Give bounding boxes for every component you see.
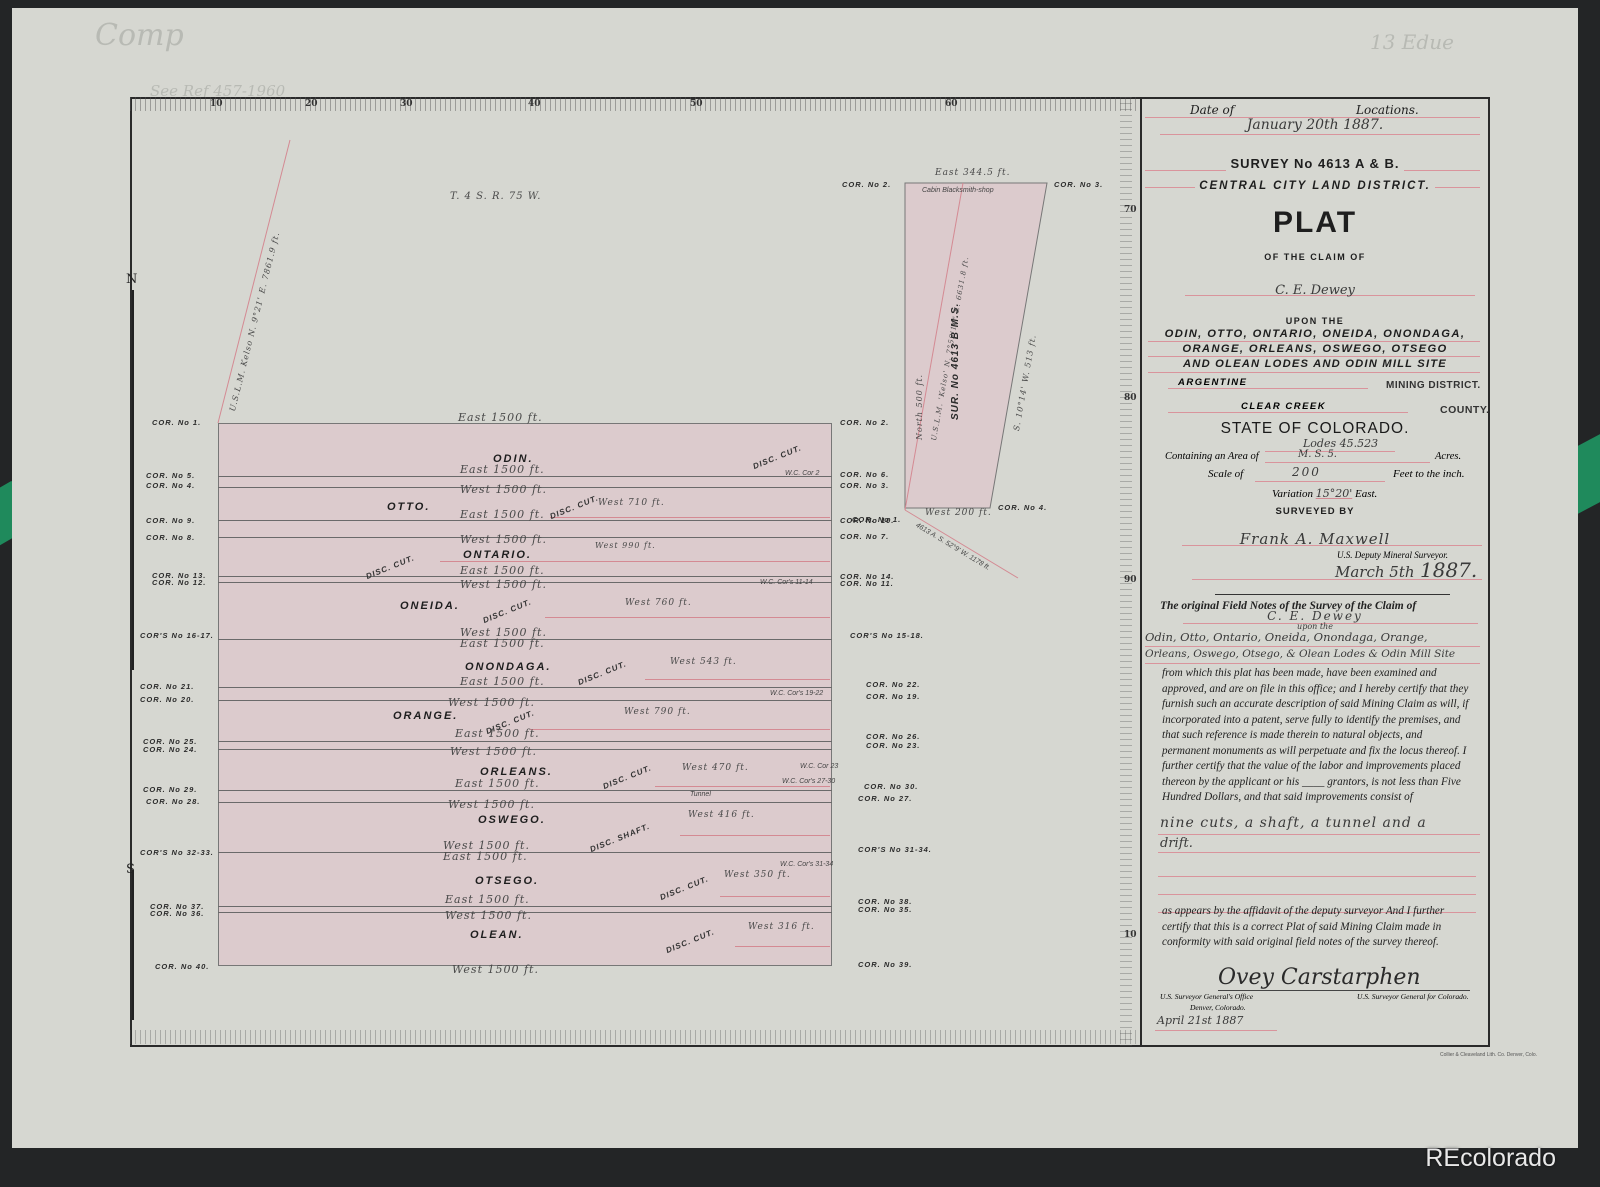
form-rule <box>1168 412 1408 413</box>
office-location: Denver, Colorado. <box>1190 1003 1246 1012</box>
mill-corner-label: COR. No 2. <box>842 180 891 189</box>
boundary-bearing: East 1500 ft. <box>460 564 545 577</box>
boundary-bearing: East 1500 ft. <box>460 508 545 521</box>
date-label: Date of <box>1190 103 1234 117</box>
discovery-line <box>550 517 830 518</box>
mill-bearing-left: North 500 ft. <box>915 374 924 440</box>
form-rule <box>1148 341 1480 342</box>
witness-corner: W.C. Cor 2 <box>785 470 819 477</box>
corner-label: COR. No 1. <box>152 418 201 427</box>
corner-label: COR. No 39. <box>858 960 912 969</box>
witness-corner: W.C. Cor's 19-22 <box>770 690 823 697</box>
corner-label: COR. No 11. <box>840 579 894 588</box>
discovery-line <box>655 786 830 787</box>
boundary-bearing: West 1500 ft. <box>460 533 547 546</box>
discovery-bearing: West 416 ft. <box>688 810 755 820</box>
corner-label: COR. No 8. <box>146 533 195 542</box>
lode-label-onondaga: ONONDAGA. <box>465 661 551 673</box>
lode-label-oswego: OSWEGO. <box>478 814 546 826</box>
claim-boundary <box>218 741 832 742</box>
corner-label: COR. No 35. <box>858 905 912 914</box>
discovery-bearing: West 760 ft. <box>625 598 692 608</box>
plat-title: PLAT <box>1145 206 1485 240</box>
scale-unit: Feet to the inch. <box>1393 468 1464 480</box>
boundary-bearing: East 1500 ft. <box>455 777 540 790</box>
form-rule <box>1158 852 1480 853</box>
sign-date: April 21st 1887 <box>1157 1014 1243 1027</box>
corner-label: COR. No 23. <box>866 741 920 750</box>
corner-label: COR. No 21. <box>140 682 194 691</box>
date-row: Date of Locations. <box>1145 103 1485 117</box>
corner-label: COR. No 20. <box>140 695 194 704</box>
lodes-list-line-2: ORANGE, ORLEANS, OSWEGO, OTSEGO <box>1145 343 1485 355</box>
discovery-line <box>440 561 830 562</box>
witness-corner: W.C. Cor's 31-34 <box>780 861 833 868</box>
variation-label: Variation <box>1272 488 1313 500</box>
witness-corner: W.C. Cor's 11-14 <box>760 579 813 586</box>
variation-row: Variation 15°20' East. <box>1272 487 1377 500</box>
location-date: January 20th 1887. <box>1145 117 1485 133</box>
variation-direction: East. <box>1355 488 1377 500</box>
affidavit-text: as appears by the affidavit of the deput… <box>1162 904 1472 951</box>
county-value: CLEAR CREEK <box>1238 401 1329 412</box>
upon-the-label: UPON THE <box>1145 316 1485 326</box>
survey-number: SURVEY No 4613 A & B. <box>1145 156 1485 171</box>
corner-label: COR'S No 31-34. <box>858 845 932 854</box>
corner-label: COR. No 4. <box>146 481 195 490</box>
form-rule <box>1158 834 1480 835</box>
survey-date: March 5th <box>1335 563 1415 581</box>
boundary-bearing: East 1500 ft. <box>443 850 528 863</box>
boundary-bearing: East 1500 ft. <box>460 463 545 476</box>
scale-value: 200 <box>1292 465 1321 479</box>
ornament-divider <box>1215 594 1450 595</box>
form-rule <box>1145 646 1480 647</box>
survey-year: 1887. <box>1420 558 1477 582</box>
discovery-line <box>680 835 830 836</box>
boundary-bearing: West 1500 ft. <box>445 909 532 922</box>
cabin-label: Cabin Blacksmith-shop <box>922 187 994 194</box>
discovery-line <box>720 896 830 897</box>
form-rule <box>1148 356 1480 357</box>
locations-label: Locations. <box>1356 103 1419 117</box>
improvements-2: drift. <box>1160 836 1193 851</box>
corner-label: COR. No 30. <box>864 782 918 791</box>
corner-label: COR. No 24. <box>143 745 197 754</box>
claimant-name: C. E. Dewey <box>1145 283 1485 298</box>
form-rule <box>1255 481 1385 482</box>
mining-district-label: MINING DISTRICT. <box>1386 380 1481 391</box>
boundary-bearing: East 1500 ft. <box>445 893 530 906</box>
corner-label: COR. No 9. <box>146 516 195 525</box>
corner-label: COR. No 22. <box>866 680 920 689</box>
corner-label: COR'S No 15-18. <box>850 631 924 640</box>
discovery-bearing: West 790 ft. <box>624 707 691 717</box>
lode-label-olean: OLEAN. <box>470 929 524 941</box>
corner-label: COR'S No 32-33. <box>140 848 214 857</box>
corner-label: COR. No 12. <box>152 578 206 587</box>
lodes-list-line-3: AND OLEAN LODES AND ODIN MILL SITE <box>1145 358 1485 370</box>
corner-label: COR. No 36. <box>150 909 204 918</box>
county-label: COUNTY. <box>1440 404 1490 416</box>
form-rule <box>1145 663 1480 664</box>
printer-credit: Collier & Cleaveland Lith. Co. Denver, C… <box>1440 1052 1537 1058</box>
discovery-line <box>735 946 830 947</box>
boundary-bearing: West 1500 ft. <box>452 963 539 976</box>
lode-label-otsego: OTSEGO. <box>475 875 539 887</box>
mill-corner-label: COR. No 4. <box>998 503 1047 512</box>
area-unit: Acres. <box>1435 451 1461 462</box>
lodes-hand-2: Orleans, Oswego, Otsego, & Olean Lodes &… <box>1145 648 1455 660</box>
surveyor-name: Frank A. Maxwell <box>1145 530 1485 548</box>
boundary-bearing: East 1500 ft. <box>458 411 543 424</box>
of-claim-label: OF THE CLAIM OF <box>1145 252 1485 262</box>
variation-value: 15°20' <box>1316 487 1353 500</box>
corner-label: COR. No 28. <box>146 797 200 806</box>
form-rule <box>1265 462 1430 463</box>
corner-label: COR. No 19. <box>866 692 920 701</box>
discovery-bearing: West 990 ft. <box>595 541 656 550</box>
lode-label-ontario: ONTARIO. <box>463 549 532 561</box>
boundary-bearing: West 1500 ft. <box>448 696 535 709</box>
boundary-bearing: East 1500 ft. <box>460 675 545 688</box>
recolorado-watermark: REcolorado <box>1425 1144 1556 1173</box>
signature: Ovey Carstarphen <box>1218 965 1421 990</box>
improvements: nine cuts, a shaft, a tunnel and a <box>1160 815 1427 831</box>
certification-text: from which this plat has been made, have… <box>1162 666 1472 806</box>
witness-corner: W.C. Cor's 27-30 <box>782 778 835 785</box>
form-rule <box>1155 1030 1277 1031</box>
mill-bearing-top: East 344.5 ft. <box>935 168 1010 178</box>
discovery-bearing: West 543 ft. <box>670 657 737 667</box>
tunnel-label: Tunnel <box>690 791 711 798</box>
corner-label: COR. No 26. <box>866 732 920 741</box>
land-district-text: CENTRAL CITY LAND DISTRICT. <box>1195 180 1435 192</box>
form-rule <box>1148 372 1480 373</box>
form-rule <box>1158 876 1476 877</box>
corner-label: COR. No 6. <box>840 470 889 479</box>
boundary-bearing: East 1500 ft. <box>460 637 545 650</box>
surveyor-general-title: U.S. Surveyor General for Colorado. <box>1357 992 1468 1001</box>
corner-label: COR. No 3. <box>840 481 889 490</box>
discovery-line <box>545 617 830 618</box>
area-label: Containing an Area of <box>1165 451 1259 462</box>
boundary-bearing: West 1500 ft. <box>460 483 547 496</box>
discovery-bearing: West 470 ft. <box>682 763 749 773</box>
lodes-list-line-1: ODIN, OTTO, ONTARIO, ONEIDA, ONONDAGA, <box>1145 328 1485 340</box>
discovery-line <box>645 679 830 680</box>
boundary-bearing: West 1500 ft. <box>448 798 535 811</box>
claim-boundary <box>218 906 832 907</box>
lodes-hand-1: Odin, Otto, Ontario, Oneida, Onondaga, O… <box>1145 630 1428 644</box>
state-label: STATE OF COLORADO. <box>1145 420 1485 438</box>
boundary-bearing: West 1500 ft. <box>450 745 537 758</box>
corner-label: COR'S No 16-17. <box>140 631 214 640</box>
claimant-name-2: C. E. Dewey <box>1145 609 1485 623</box>
area-mill-site: M. S. 5. <box>1298 449 1337 460</box>
form-rule <box>1160 134 1480 135</box>
lode-label-otto: OTTO. <box>387 501 430 513</box>
discovery-bearing: West 316 ft. <box>748 922 815 932</box>
corner-label: COR. No 7. <box>840 532 889 541</box>
signature-line <box>1218 990 1470 991</box>
discovery-bearing: West 350 ft. <box>724 870 791 880</box>
mining-district-value: ARGENTINE <box>1175 377 1250 388</box>
corner-label: COR. No 2. <box>840 418 889 427</box>
boundary-bearing: West 1500 ft. <box>460 578 547 591</box>
mill-corner-label: COR. No 3. <box>1054 180 1103 189</box>
form-rule <box>1158 894 1476 895</box>
survey-number-text: SURVEY No 4613 A & B. <box>1226 156 1403 171</box>
witness-corner: W.C. Cor 23 <box>800 763 838 770</box>
corner-label: COR. No 27. <box>858 794 912 803</box>
scale-label: Scale of <box>1208 468 1243 480</box>
claim-boundary <box>218 790 832 791</box>
office-label: U.S. Surveyor General's Office <box>1160 992 1253 1001</box>
lode-label-orange: ORANGE. <box>393 710 458 722</box>
corner-label: COR. No 5. <box>146 471 195 480</box>
discovery-line <box>530 729 830 730</box>
corner-label: COR. No 40. <box>155 962 209 971</box>
corner-label: COR. No 29. <box>143 785 197 794</box>
lode-label-oneida: ONEIDA. <box>400 600 460 612</box>
land-district: CENTRAL CITY LAND DISTRICT. <box>1145 180 1485 192</box>
mill-corner-label: COR. No 1. <box>852 515 901 524</box>
mill-bearing-bottom: West 200 ft. <box>925 508 992 518</box>
form-rule <box>1168 388 1368 389</box>
surveyed-by-label: SURVEYED BY <box>1145 506 1485 517</box>
claim-boundary <box>218 476 832 477</box>
discovery-bearing: West 710 ft. <box>598 498 665 508</box>
